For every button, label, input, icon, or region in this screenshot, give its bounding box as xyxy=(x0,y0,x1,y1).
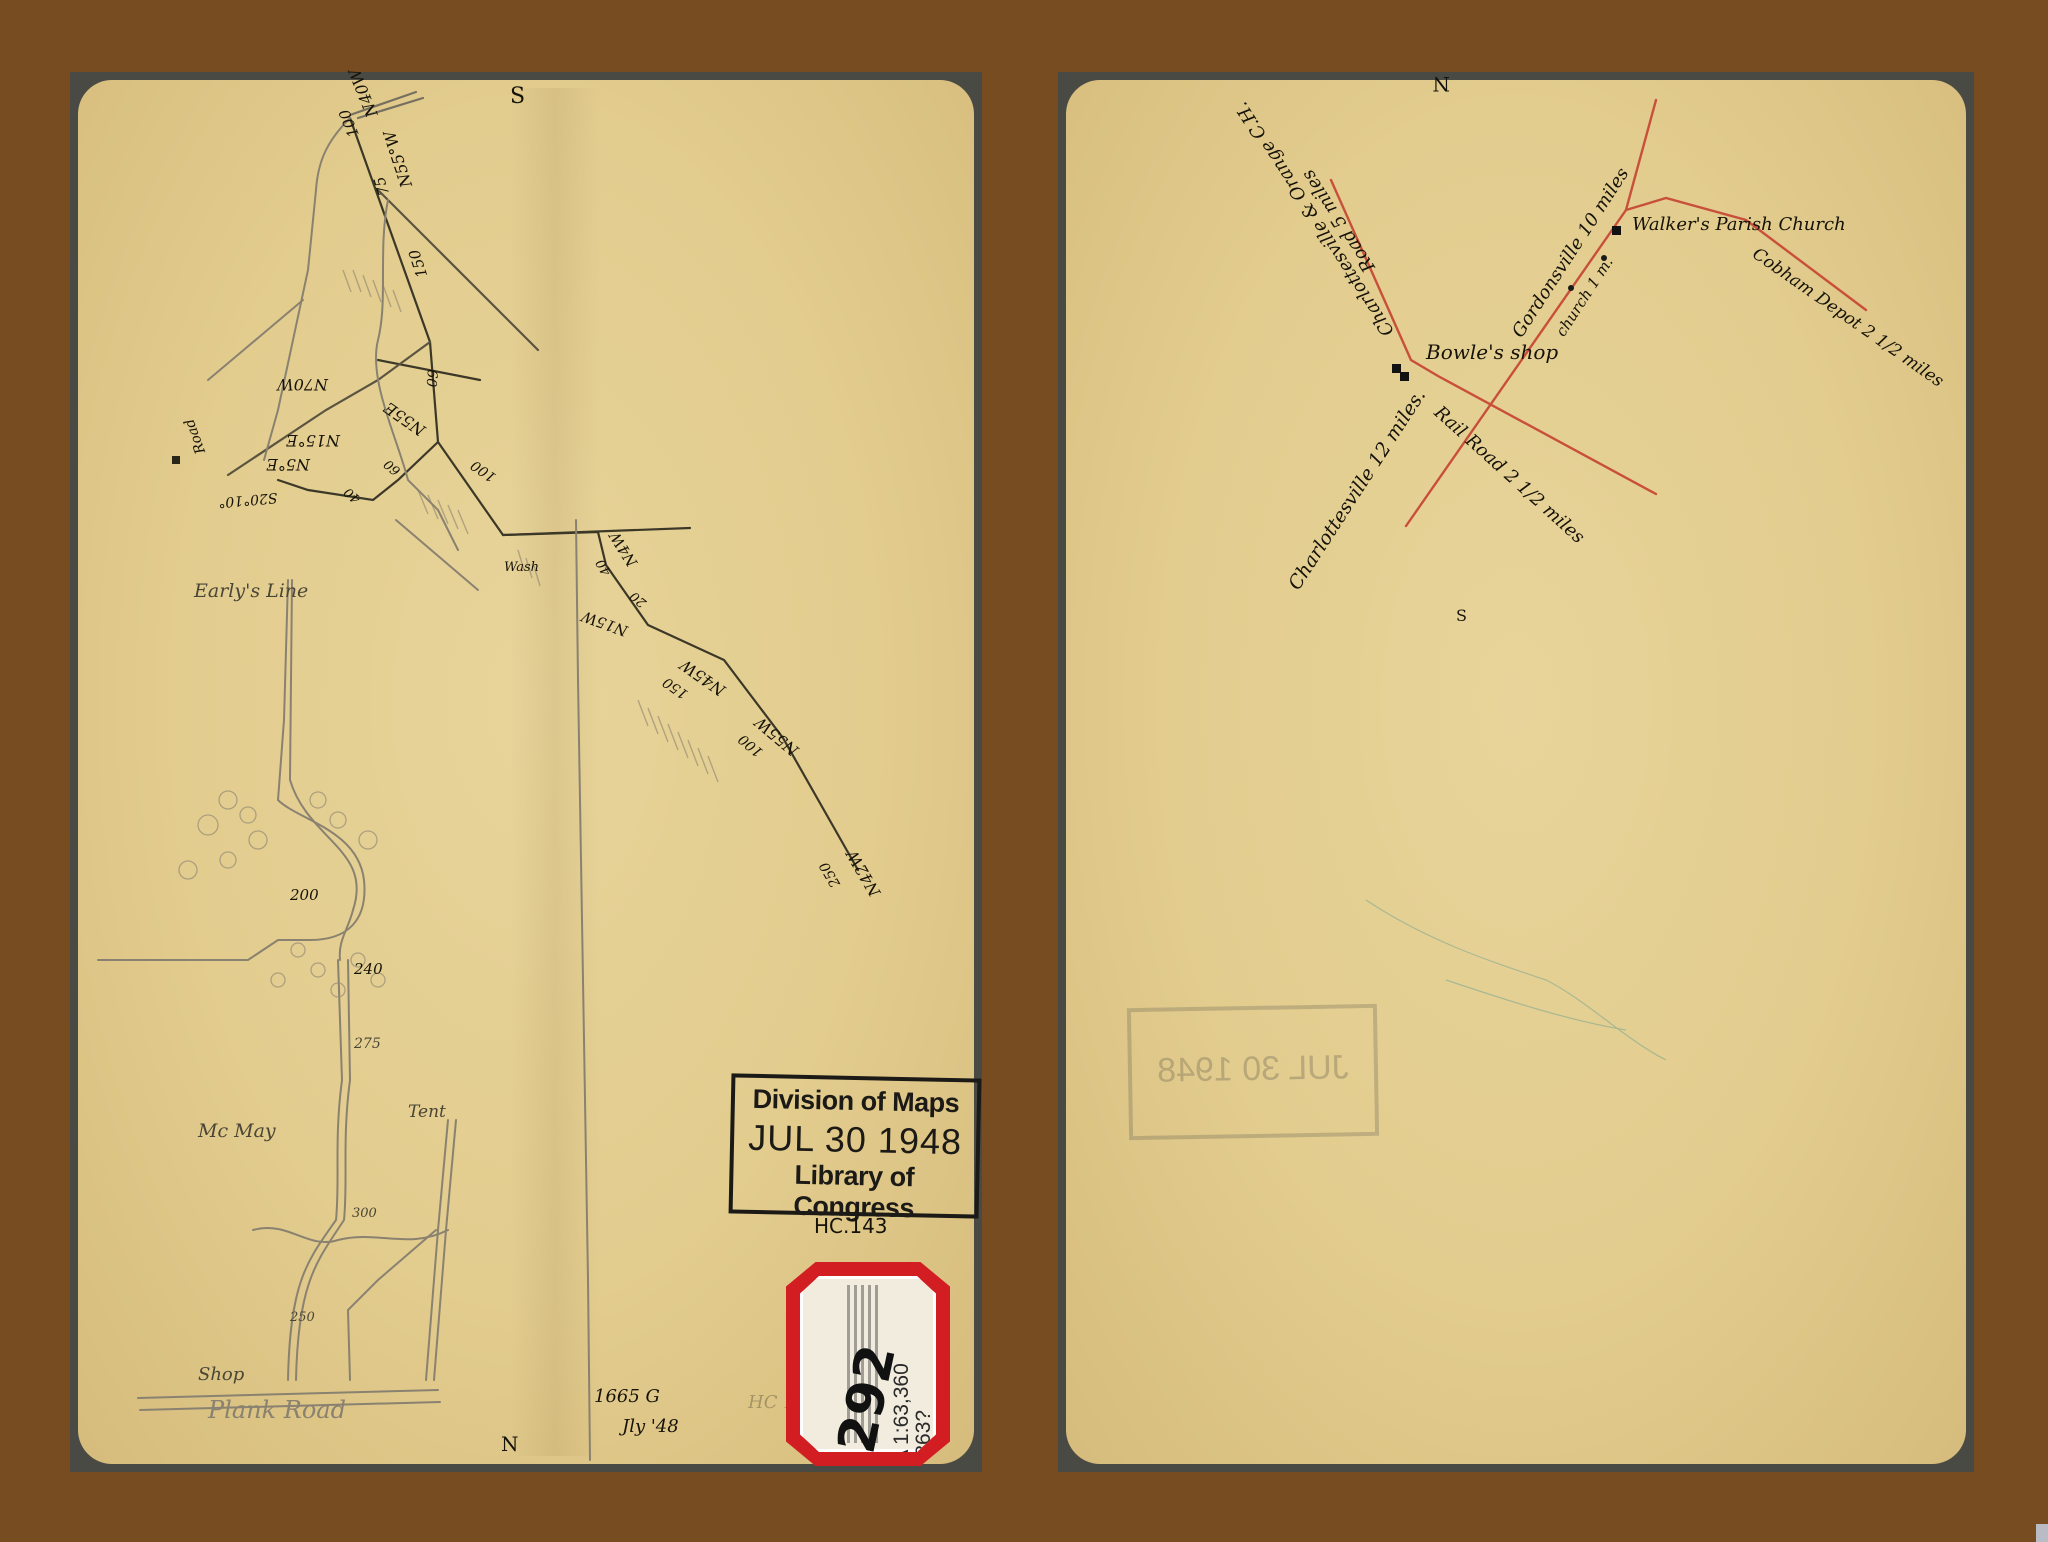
mc-may-label: Mc May xyxy=(198,1120,276,1142)
plank-road-label: Plank Road xyxy=(208,1396,346,1424)
call-number: HC.143 xyxy=(814,1214,888,1238)
accession-date: Jly '48 xyxy=(622,1416,679,1437)
ghost-stamp-bleedthrough: JUL 30 1948 xyxy=(1127,1004,1379,1140)
distance-label: 60 xyxy=(423,369,440,388)
shop-label: Shop xyxy=(198,1364,244,1385)
corner-marker xyxy=(2036,1524,2048,1542)
bearing-label: N5°E xyxy=(266,455,310,474)
bowles-shop-label: Bowle's shop xyxy=(1426,340,1558,364)
stamp-line-1: Division of Maps xyxy=(735,1083,978,1119)
compass-south-marker: S xyxy=(1456,606,1467,625)
walkers-parish-church-label: Walker's Parish Church xyxy=(1632,214,1846,235)
compass-north-marker: N xyxy=(501,1432,519,1456)
bearing-label: N15°E xyxy=(286,431,340,450)
tent-label: Tent xyxy=(408,1102,446,1122)
bearing-label: N70W xyxy=(277,375,328,394)
elevation-200: 200 xyxy=(290,886,319,904)
catalog-label: 292 CA 1:63,360 c1863? xyxy=(786,1262,950,1466)
accession-number: 1665 G xyxy=(594,1386,660,1407)
wash-label: Wash xyxy=(504,560,539,575)
stamp-date: JUL 30 1948 xyxy=(734,1116,977,1163)
compass-south-marker: S xyxy=(510,84,525,109)
right-sketch-lines xyxy=(1066,80,1966,1464)
right-paper: N S Charlottesville & Orange C.H. Road 5… xyxy=(1066,80,1966,1464)
elevation-240: 240 xyxy=(354,960,383,978)
earlys-line-label: Early's Line xyxy=(194,580,308,602)
elevation-250: 250 xyxy=(290,1310,315,1325)
compass-north-marker: N xyxy=(1433,72,1451,96)
left-sketch-lines xyxy=(78,80,974,1464)
library-receipt-stamp: Division of Maps JUL 30 1948 Library of … xyxy=(729,1073,982,1218)
elevation-275: 275 xyxy=(354,1036,381,1052)
left-paper: S N N40W 100 N55°W 75 150 N70W 60 N55E 1… xyxy=(78,80,974,1464)
left-map-card: S N N40W 100 N55°W 75 150 N70W 60 N55E 1… xyxy=(70,72,982,1472)
right-map-card: N S Charlottesville & Orange C.H. Road 5… xyxy=(1058,72,1974,1472)
elevation-300: 300 xyxy=(352,1206,377,1221)
